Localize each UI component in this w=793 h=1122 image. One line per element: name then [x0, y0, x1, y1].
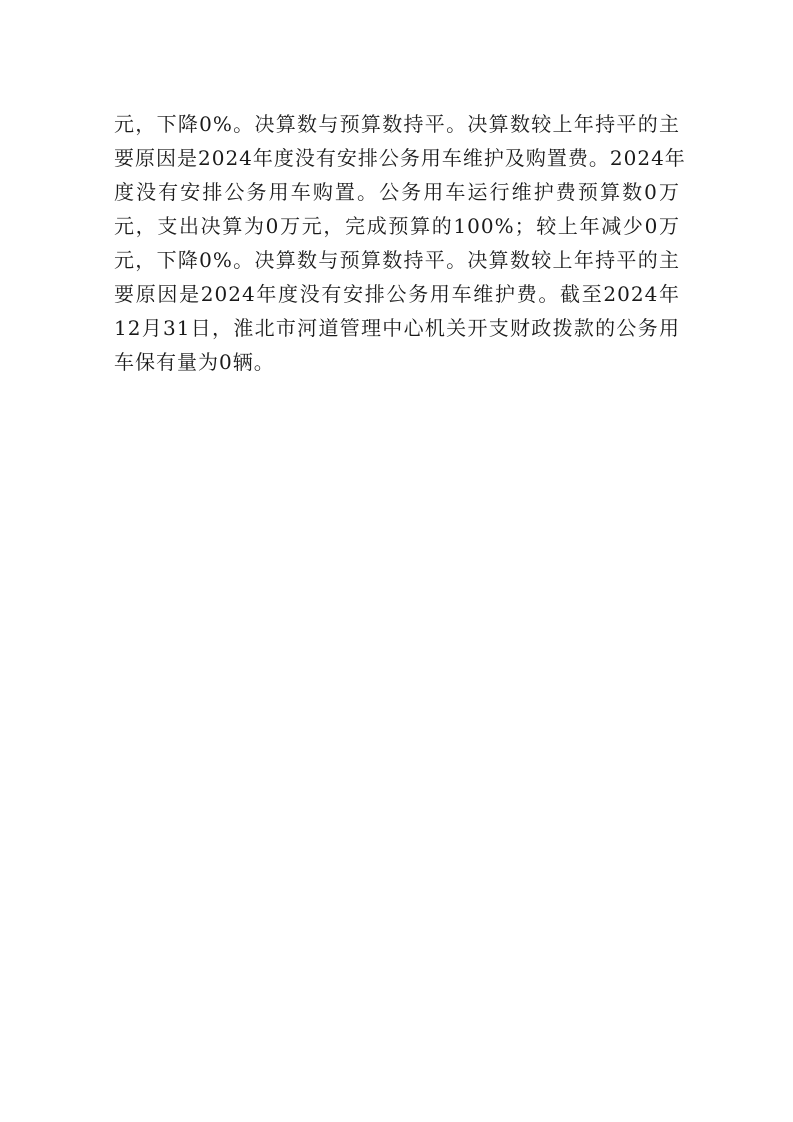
text-line: 车保有量为0辆。	[114, 345, 680, 379]
text-line: 要原因是2024年度没有安排公务用车维护费。截至2024年	[114, 277, 680, 311]
document-page: 元，下降0%。决算数与预算数持平。决算数较上年持平的主 要原因是2024年度没有…	[0, 0, 793, 1122]
text-line: 元，下降0%。决算数与预算数持平。决算数较上年持平的主	[114, 107, 680, 141]
text-line: 元，支出决算为0万元，完成预算的100%；较上年减少0万	[114, 209, 680, 243]
text-line: 12月31日，淮北市河道管理中心机关开支财政拨款的公务用	[114, 311, 680, 345]
text-line: 元，下降0%。决算数与预算数持平。决算数较上年持平的主	[114, 243, 680, 277]
paragraph-official-vehicle-expenses: 元，下降0%。决算数与预算数持平。决算数较上年持平的主 要原因是2024年度没有…	[114, 107, 680, 379]
text-line: 要原因是2024年度没有安排公务用车维护及购置费。2024年	[114, 141, 680, 175]
text-line: 度没有安排公务用车购置。公务用车运行维护费预算数0万	[114, 175, 680, 209]
